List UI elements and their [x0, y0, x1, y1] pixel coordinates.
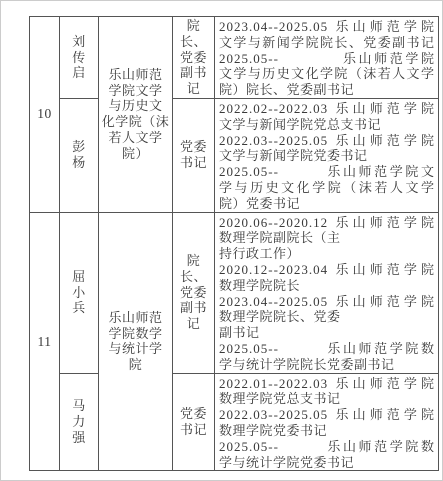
name-char: 彭	[60, 139, 98, 155]
name-cell: 马力强	[60, 373, 99, 471]
position-cell: 党委书记	[173, 98, 215, 212]
table-body: 10刘传启乐山师范学院文学与历史文化学院（沫若人文学院）院长、党委副书记2023…	[30, 17, 439, 471]
institution-line: 乐山师范	[99, 310, 172, 326]
institution-line: 乐山师范	[99, 67, 172, 83]
institution-line: 与历史文	[99, 98, 172, 114]
name-cell: 彭杨	[60, 98, 99, 212]
career-line: 院）院长、党委副书记	[219, 82, 435, 98]
position-line: 长、	[173, 269, 214, 285]
position-line: 记	[173, 81, 214, 97]
institution-cell: 乐山师范学院文学与历史文化学院（沫若人文学院）	[99, 17, 173, 213]
row-number-cell: 10	[30, 17, 60, 213]
career-line: 2022.03--2025.05 乐山师范学院	[219, 133, 435, 149]
position-line: 院	[173, 18, 214, 34]
table-row: 11屈小兵乐山师范学院数学与统计学院院长、党委副书记2020.06--2020.…	[30, 212, 439, 373]
career-line: 2025.05-- 乐山师范学院数	[219, 341, 435, 357]
career-line: 2022.02--2022.03 乐山师范学院	[219, 101, 435, 117]
career-line: 数理学院副院长（主	[219, 230, 435, 246]
name-cell: 刘传启	[60, 17, 99, 99]
position-line: 书记	[173, 155, 214, 171]
career-line: 2025.05-- 乐山师范学院数	[219, 439, 435, 455]
career-line: 学与统计学院党委书记	[219, 455, 435, 471]
career-line: 院）党委书记	[219, 196, 435, 212]
institution-line: 院	[99, 357, 172, 373]
position-line: 长、	[173, 34, 214, 50]
table-row: 彭杨党委书记2022.02--2022.03 乐山师范学院文学与新闻学院党总支书…	[30, 98, 439, 212]
career-line: 文学与历史文化学院（沫若人文学	[219, 66, 435, 82]
position-line: 副书	[173, 300, 214, 316]
name-char: 马	[60, 398, 98, 414]
institution-cell: 乐山师范学院数学与统计学院	[99, 212, 173, 471]
career-line: 2023.04--2025.05 乐山师范学院	[219, 294, 435, 310]
career-line: 2023.04--2025.05 乐山师范学院	[219, 19, 435, 35]
career-line: 2022.01--2022.03 乐山师范学院	[219, 376, 435, 392]
name-cell: 屈小兵	[60, 212, 99, 373]
position-cell: 党委书记	[173, 373, 215, 471]
career-cell: 2020.06--2020.12 乐山师范学院数理学院副院长（主持行政工作）20…	[215, 212, 439, 373]
career-line: 数理学院院长	[219, 278, 435, 294]
institution-line: 院）	[99, 146, 172, 162]
career-line: 副书记	[219, 325, 435, 341]
name-char: 力	[60, 414, 98, 430]
institution-line: 学院数学	[99, 326, 172, 342]
institution-line: 与统计学	[99, 341, 172, 357]
position-cell: 院长、党委副书记	[173, 212, 215, 373]
name-char: 启	[60, 65, 98, 81]
position-line: 党委	[173, 139, 214, 155]
position-cell: 院长、党委副书记	[173, 17, 215, 99]
table-row: 10刘传启乐山师范学院文学与历史文化学院（沫若人文学院）院长、党委副书记2023…	[30, 17, 439, 99]
career-cell: 2022.01--2022.03 乐山师范学院数理学院党总支书记2022.03-…	[215, 373, 439, 471]
position-line: 副书	[173, 65, 214, 81]
career-line: 学与历史文化学院（沫若人文学	[219, 180, 435, 196]
personnel-table: 10刘传启乐山师范学院文学与历史文化学院（沫若人文学院）院长、党委副书记2023…	[29, 16, 439, 471]
name-char: 小	[60, 285, 98, 301]
position-line: 党委	[173, 50, 214, 66]
career-line: 2020.12--2023.04 乐山师范学院	[219, 262, 435, 278]
career-line: 数理学院党总支书记	[219, 391, 435, 407]
table-row: 马力强党委书记2022.01--2022.03 乐山师范学院数理学院党总支书记2…	[30, 373, 439, 471]
career-line: 2025.05-- 乐山师范学院文	[219, 164, 435, 180]
career-line: 2020.06--2020.12 乐山师范学院	[219, 215, 435, 231]
institution-line: 若人文学	[99, 130, 172, 146]
career-line: 数理学院院长、党委	[219, 309, 435, 325]
institution-line: 学院文学	[99, 83, 172, 99]
career-cell: 2023.04--2025.05 乐山师范学院文学与新闻学院院长、党委副书记20…	[215, 17, 439, 99]
career-line: 文学与新闻学院党总支书记	[219, 117, 435, 133]
name-char: 屈	[60, 269, 98, 285]
position-line: 院	[173, 253, 214, 269]
career-line: 文学与新闻学院党委书记	[219, 148, 435, 164]
name-char: 兵	[60, 300, 98, 316]
career-line: 文学与新闻学院院长、党委副书记	[219, 35, 435, 51]
name-char: 传	[60, 50, 98, 66]
document-page: 10刘传启乐山师范学院文学与历史文化学院（沫若人文学院）院长、党委副书记2023…	[0, 0, 443, 481]
position-line: 书记	[173, 422, 214, 438]
career-line: 持行政工作）	[219, 246, 435, 262]
row-number-cell: 11	[30, 212, 60, 471]
name-char: 强	[60, 430, 98, 446]
name-char: 杨	[60, 155, 98, 171]
position-line: 党委	[173, 406, 214, 422]
position-line: 记	[173, 316, 214, 332]
career-line: 2022.03--2025.05 乐山师范学院	[219, 407, 435, 423]
career-cell: 2022.02--2022.03 乐山师范学院文学与新闻学院党总支书记2022.…	[215, 98, 439, 212]
career-line: 学与统计学院院长党委副书记	[219, 357, 435, 373]
career-line: 2025.05-- 乐山师范学院	[219, 51, 435, 67]
career-line: 数理学院党委书记	[219, 423, 435, 439]
institution-line: 化学院（沫	[99, 114, 172, 130]
name-char: 刘	[60, 34, 98, 50]
position-line: 党委	[173, 285, 214, 301]
